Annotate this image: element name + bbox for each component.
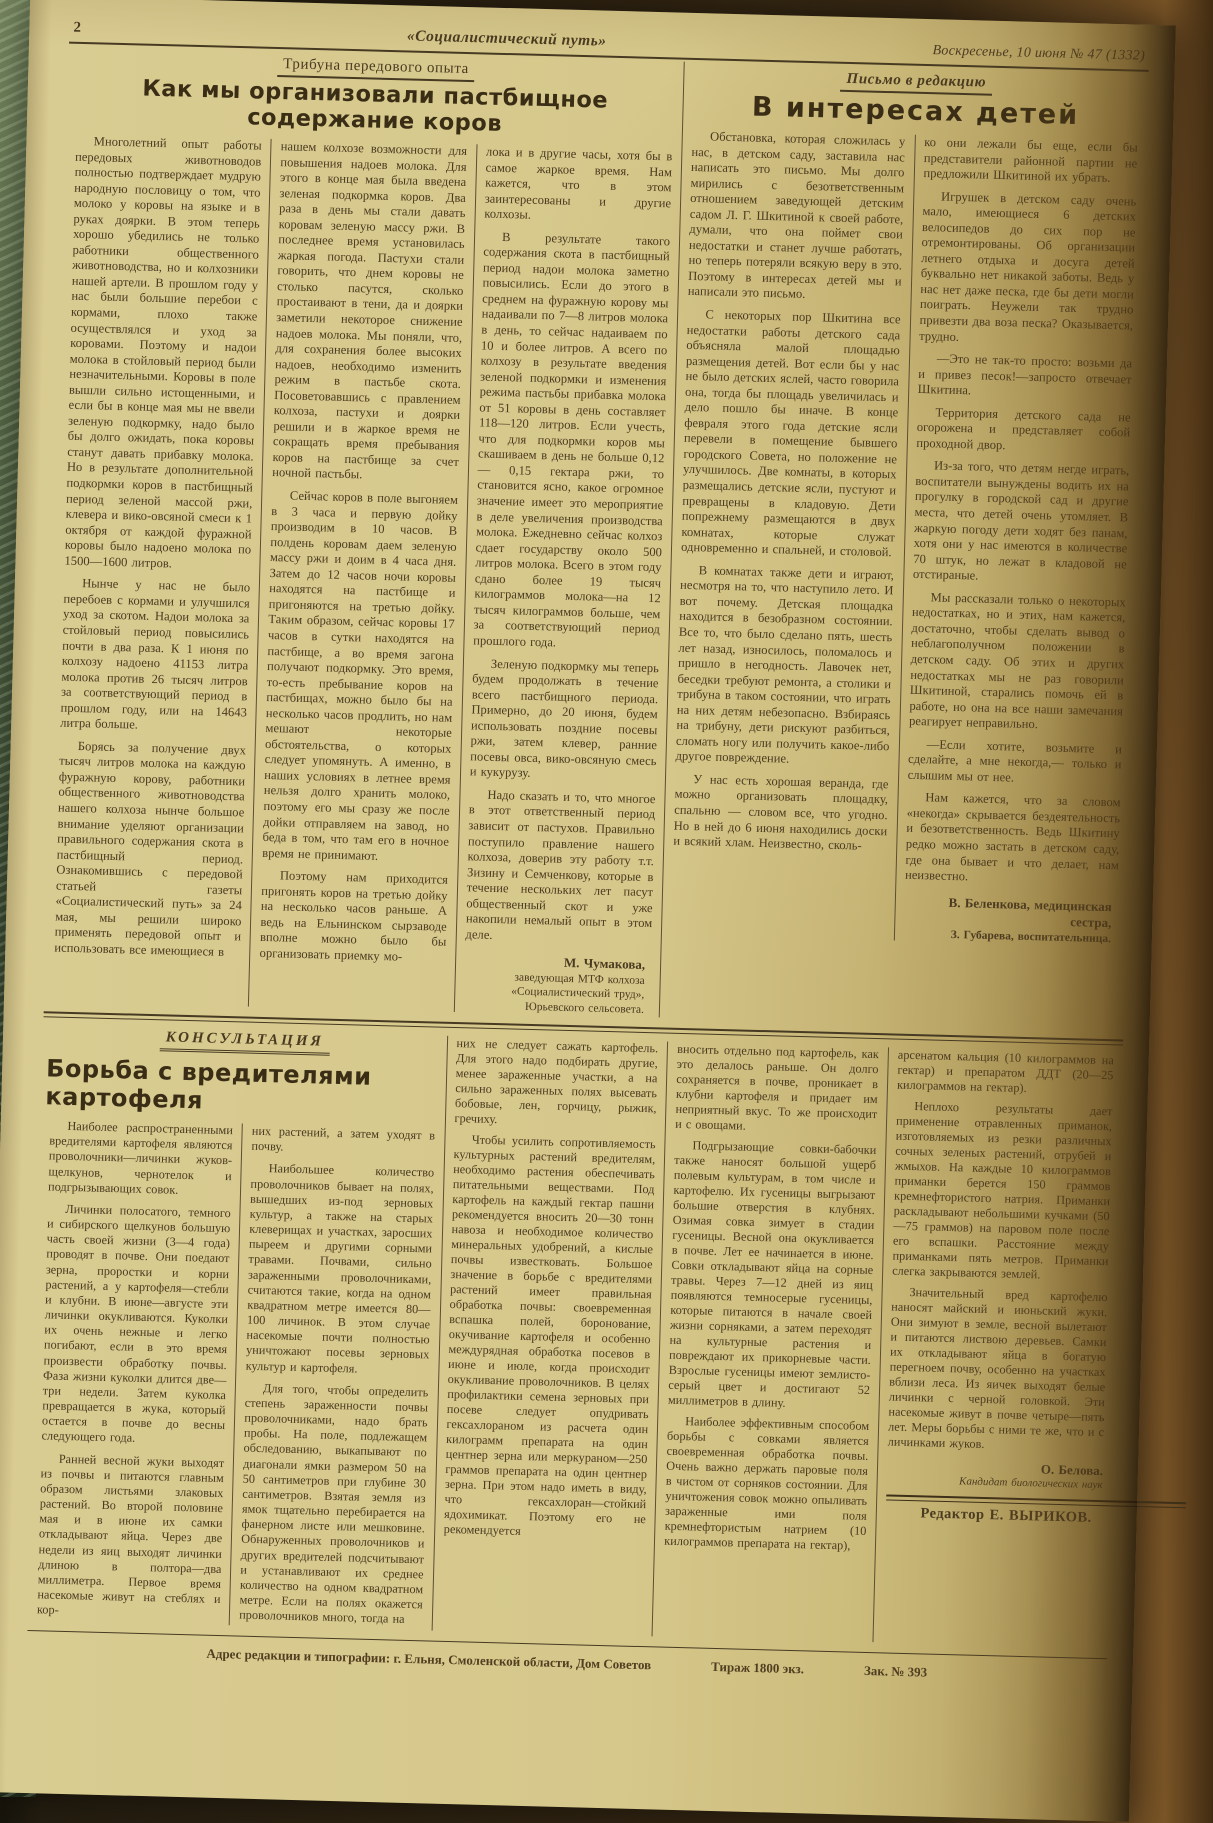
article-pasture-cows: Трибуна передового опыта Как мы организо… [44,46,684,1018]
paragraph: них растений, а затем уходят в почву. [251,1124,435,1159]
paragraph: Наибольшее количество проволочников быва… [246,1161,435,1378]
paragraph: лока и в другие часы, хотя бы в самое жа… [484,145,672,228]
article-potato-pests: КОНСУЛЬТАЦИЯ Борьба с вредителями картоф… [28,1025,1123,1648]
signature-name: М. Чумакова, [564,955,646,972]
paragraph: Многолетний опыт работы передовых животн… [64,134,262,574]
newspaper-name: «Социалистический путь» [407,27,607,50]
paragraph: —Это не так-то просто: возьми да и приве… [918,351,1133,403]
signature-name: О. Белова. [1041,1462,1104,1479]
paragraph: Надо сказать и то, что многое в этот отв… [465,787,655,947]
column-text: арсенатом кальция (10 килограммов на гек… [888,1048,1114,1456]
paragraph: У нас есть хорошая веранда, где можно ор… [673,772,888,855]
article-title: Борьба с вредителями картофеля [45,1054,446,1120]
paragraph: арсенатом кальция (10 килограммов на гек… [897,1048,1114,1099]
paragraph: Чтобы усилить сопротивляемость культурны… [444,1132,656,1542]
column-text: ко они лежали бы еще, если бы представит… [905,135,1138,889]
section-kicker: КОНСУЛЬТАЦИЯ [159,1029,330,1055]
article-column: лока и в другие часы, хотя бы в самое жа… [453,144,681,1017]
imprint-order-number: Зак. № 393 [864,1662,928,1680]
paragraph: Сейчас коров в поле выгоняем в 3 часа и … [262,488,458,866]
article-column: Обстановка, которая сложилась у нас, в д… [662,129,915,941]
signature-role: заведующая МТФ колхоза «Социалистический… [463,969,644,1017]
paragraph: Значительный вред картофелю наносят майс… [888,1285,1108,1456]
kicker-row: КОНСУЛЬТАЦИЯ [43,1025,447,1059]
editor-line: Редактор Е. ВЫРИКОВ. [886,1505,1102,1528]
article-column: них растений, а затем уходят в почву.Наи… [229,1123,444,1630]
paragraph: Борясь за получение двух тысяч литров мо… [54,738,246,960]
article-column: них не следует сажать картофель. Для это… [431,1036,667,1636]
signature-block: В. Беленкова, медицинская сестра, З. Губ… [903,893,1118,946]
paragraph: Поэтому нам приходится пригонять коров н… [259,868,448,966]
paragraph: Мы рассказали только о некоторых недоста… [909,590,1126,735]
paragraph: Зеленую подкормку мы теперь будем продол… [470,656,660,785]
paragraph: В результате такого содержания скота в п… [473,229,670,653]
article-column: нашем колхозе возможности для повышения … [248,139,476,1012]
paragraph: Подгрызающие совки-бабочки также наносят… [668,1138,877,1413]
paragraph: В комнатах также дети и играют, несмотря… [675,563,894,771]
paragraph: Обстановка, которая сложилась у нас, в д… [688,129,906,306]
imprint-circulation: Тираж 1800 экз. [711,1658,804,1676]
article-columns: Обстановка, которая сложилась у нас, в д… [662,129,1147,947]
paragraph: Из-за того, что детям негде играть, восп… [913,458,1130,588]
paragraph: —Если хотите, возьмите и сделайте, а мне… [907,736,1122,788]
issue-date: Воскресенье, 10 июня № 47 (1332) [932,43,1145,65]
paragraph: Неплохо результаты дает применение отрав… [892,1099,1113,1285]
newspaper-page: 2 «Социалистический путь» Воскресенье, 1… [0,0,1176,1797]
page-number: 2 [73,20,81,37]
paragraph: вносить отдельно под картофель, как это … [675,1042,879,1137]
paragraph: Наиболее эффективным способом борьбы с с… [664,1414,869,1554]
section-kicker: Трибуна передового опыта [277,56,475,82]
article-columns: Многолетний опыт работы передовых животн… [44,134,682,1018]
paragraph: них не следует сажать картофель. Для это… [454,1036,658,1131]
section-kicker: Письмо в редакцию [840,71,992,96]
article-column: Многолетний опыт работы передовых животн… [44,134,271,1007]
article-columns: Наиболее распространенными вредителями к… [28,1118,444,1630]
potato-left-block: КОНСУЛЬТАЦИЯ Борьба с вредителями картоф… [28,1025,447,1630]
paragraph: Наиболее распространенными вредителями к… [48,1118,233,1199]
article-column: ко они лежали бы еще, если бы представит… [893,135,1147,947]
signature-block: О. Белова. Кандидат биологических наук [887,1457,1104,1492]
signature-name: В. Беленкова, медицинская сестра, [948,894,1112,930]
paragraph: нашем колхозе возможности для повышения … [272,139,467,486]
imprint-address: Адрес редакции и типографии: г. Ельня, С… [206,1645,651,1673]
paragraph: ко они лежали бы еще, если бы представит… [923,135,1138,187]
paragraph: Ранней весной жуки выходят из почвы и пи… [37,1451,225,1623]
paragraph: Для того, чтобы определить степень зараж… [239,1380,429,1627]
paragraph: Игрушек в детском саду очень мало, имеющ… [919,189,1136,350]
top-articles-zone: Трибуна передового опыта Как мы организо… [44,46,1149,1030]
article-children-letter: Письмо в редакцию В интересах детей Обст… [659,62,1149,1030]
paragraph: Территория детского сада не огорожена и … [916,405,1131,457]
paragraph: С некоторых пор Шкитина все недостатки р… [681,307,901,561]
article-column: Наиболее распространенными вредителями к… [28,1118,242,1625]
article-column: вносить отдельно под картофель, как это … [652,1042,888,1642]
article-column: арсенатом кальция (10 килограммов на гек… [872,1047,1122,1647]
signature-block: М. Чумакова, заведующая МТФ колхоза «Соц… [463,953,651,1018]
paragraph: Личинки полосатого, темного и сибирского… [41,1201,231,1448]
paragraph: Нам кажется, что за словом «некогда» скр… [905,790,1121,889]
paragraph: Нынче у нас не было перебоев с кормами и… [60,576,250,736]
column-text: лока и в другие часы, хотя бы в самое жа… [465,145,672,948]
